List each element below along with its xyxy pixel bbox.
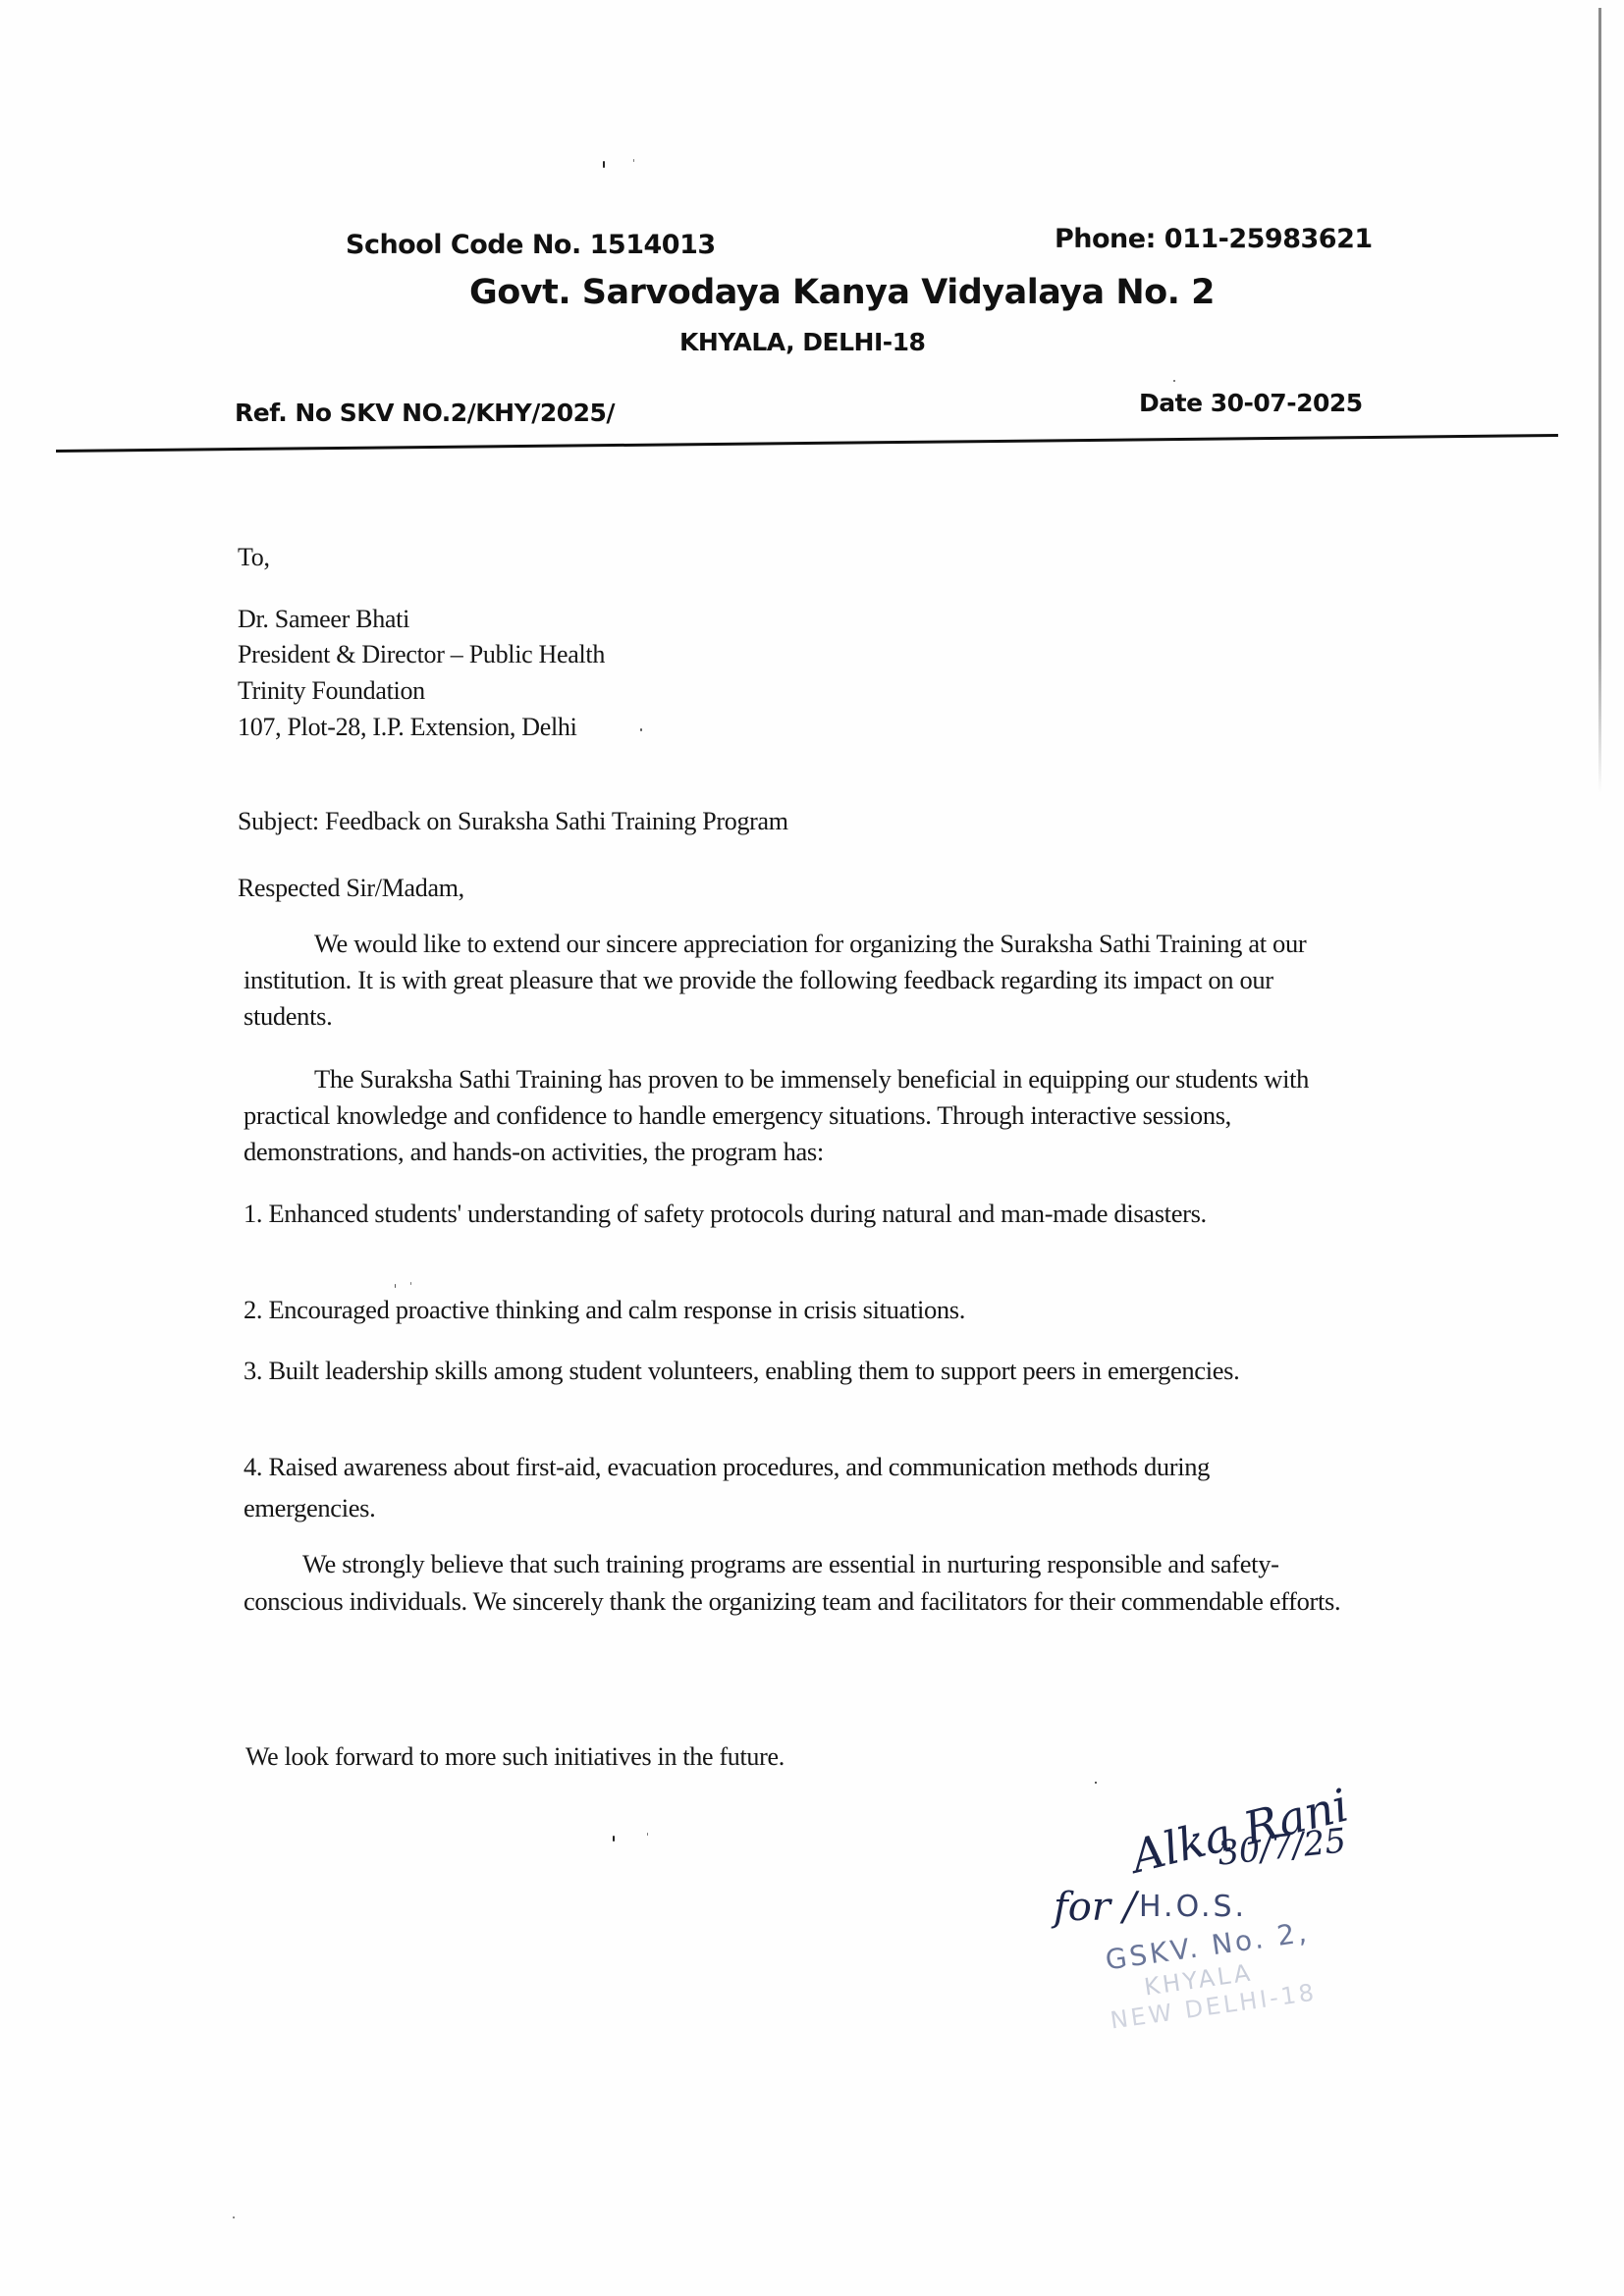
to-label: To,: [238, 543, 270, 572]
scan-speck: [647, 1833, 648, 1836]
scan-edge-line: [1598, 8, 1601, 793]
paragraph-closing-text: We strongly believe that such training p…: [244, 1549, 1340, 1616]
scan-speck: [410, 1282, 411, 1285]
school-code: School Code No. 1514013: [346, 230, 716, 260]
stamp-line-1: H.O.S.: [1139, 1890, 1247, 1924]
scan-speck: [1173, 380, 1175, 382]
paragraph-intro-text: We would like to extend our sincere appr…: [244, 929, 1306, 1031]
signature-prefix: for /: [1054, 1885, 1136, 1930]
list-item: 2. Encouraged proactive thinking and cal…: [244, 1289, 1343, 1330]
scan-speck: [640, 728, 642, 731]
closing-line: We look forward to more such initiatives…: [245, 1742, 785, 1772]
scan-speck: [633, 159, 634, 162]
paragraph-benefits: The Suraksha Sathi Training has proven t…: [244, 1061, 1363, 1170]
letter-greeting: Respected Sir/Madam,: [238, 874, 464, 903]
list-item: 1. Enhanced students' understanding of s…: [244, 1193, 1343, 1234]
recipient-organization: Trinity Foundation: [238, 676, 425, 706]
letter-page: School Code No. 1514013 Phone: 011-25983…: [0, 0, 1624, 2296]
recipient-name: Dr. Sameer Bhati: [238, 605, 409, 634]
school-location: KHYALA, DELHI-18: [679, 328, 925, 356]
scan-speck: [395, 1284, 396, 1288]
letter-subject: Subject: Feedback on Suraksha Sathi Trai…: [238, 807, 788, 836]
school-phone: Phone: 011-25983621: [1055, 224, 1373, 254]
recipient-address: 107, Plot-28, I.P. Extension, Delhi: [238, 713, 577, 742]
list-item: 4. Raised awareness about first-aid, eva…: [244, 1446, 1343, 1528]
scan-speck: [613, 1836, 615, 1842]
recipient-designation: President & Director – Public Health: [238, 640, 605, 669]
school-name: Govt. Sarvodaya Kanya Vidyalaya No. 2: [469, 273, 1215, 312]
letter-date: Date 30-07-2025: [1139, 389, 1363, 417]
scan-speck: [233, 2216, 235, 2218]
paragraph-intro: We would like to extend our sincere appr…: [244, 926, 1363, 1035]
reference-number: Ref. No SKV NO.2/KHY/2025/: [235, 399, 615, 427]
paragraph-benefits-text: The Suraksha Sathi Training has proven t…: [244, 1064, 1309, 1166]
list-item: 3. Built leadership skills among student…: [244, 1350, 1343, 1391]
scan-speck: [603, 161, 605, 168]
scan-speck: [1095, 1782, 1097, 1784]
header-divider: [56, 434, 1558, 453]
paragraph-closing: We strongly believe that such training p…: [244, 1545, 1363, 1620]
